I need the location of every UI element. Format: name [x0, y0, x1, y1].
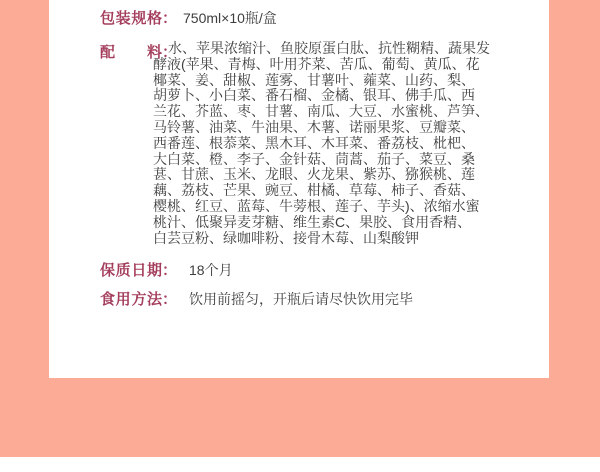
- ingredients-line: 胡萝卜、小白菜、番石榴、金橘、银耳、佛手瓜、西: [153, 88, 538, 104]
- usage-colon: ：: [162, 290, 177, 310]
- usage-row: 食用方法： 饮用前摇匀，开瓶后请尽快饮用完毕: [100, 289, 549, 310]
- product-details-card: 包装规格： 750ml×10瓶/盒 配 料： 水、苹果浓缩汁、鱼胶原蛋白肽、抗性…: [49, 0, 549, 378]
- ingredients-line: 水、苹果浓缩汁、鱼胶原蛋白肽、抗性糊精、蔬果发: [153, 41, 538, 57]
- ingredients-line: 西番莲、根菾菜、黑木耳、木耳菜、番荔枝、枇杷、: [153, 136, 538, 152]
- ingredients-line: 葚、甘蔗、玉米、龙眼、火龙果、紫苏、猕猴桃、莲: [153, 167, 538, 183]
- shelf-life-row: 保质日期： 18个月: [100, 260, 549, 281]
- packaging-spec-row: 包装规格： 750ml×10瓶/盒: [100, 8, 549, 29]
- product-info-panel: 包装规格： 750ml×10瓶/盒 配 料： 水、苹果浓缩汁、鱼胶原蛋白肽、抗性…: [0, 0, 600, 472]
- ingredients-line: 马铃薯、油菜、牛油果、木薯、诺丽果浆、豆瓣菜、: [153, 120, 538, 136]
- ingredients-line: 白芸豆粉、绿咖啡粉、接骨木莓、山梨酸钾: [153, 231, 538, 247]
- packaging-spec-colon: ：: [162, 9, 177, 29]
- ingredients-line: 桃汁、低聚异麦芽糖、维生素C、果胶、食用香精、: [153, 215, 538, 231]
- ingredients-colon: ：: [162, 41, 177, 62]
- ingredients-line: 大白菜、橙、李子、金针菇、茼蒿、茄子、菜豆、桑: [153, 152, 538, 168]
- packaging-spec-label: 包装规格: [100, 9, 162, 29]
- ingredients-label-wrap: 配 料：: [100, 41, 177, 62]
- shelf-life-value: 18个月: [189, 260, 233, 280]
- ingredients-line: 兰花、芥蓝、枣、甘薯、南瓜、大豆、水蜜桃、芦笋、: [153, 104, 538, 120]
- packaging-spec-value: 750ml×10瓶/盒: [183, 8, 277, 28]
- ingredients-line: 椰菜、姜、甜椒、莲雾、甘薯叶、蕹菜、山药、梨、: [153, 73, 538, 89]
- ingredients-line: 藕、荔枝、芒果、豌豆、柑橘、草莓、柿子、香菇、: [153, 183, 538, 199]
- usage-label: 食用方法: [100, 290, 162, 310]
- shelf-life-label: 保质日期: [100, 261, 162, 281]
- ingredients-line: 酵液(苹果、青梅、叶用芥菜、苦瓜、葡萄、黄瓜、花: [153, 57, 538, 73]
- usage-value: 饮用前摇匀，开瓶后请尽快饮用完毕: [189, 289, 413, 309]
- ingredients-label: 配 料: [100, 41, 162, 62]
- ingredients-row: 配 料： 水、苹果浓缩汁、鱼胶原蛋白肽、抗性糊精、蔬果发 酵液(苹果、青梅、叶用…: [100, 41, 549, 246]
- ingredients-text: 水、苹果浓缩汁、鱼胶原蛋白肽、抗性糊精、蔬果发 酵液(苹果、青梅、叶用芥菜、苦瓜…: [153, 41, 538, 246]
- shelf-life-colon: ：: [162, 261, 177, 281]
- ingredients-line: 樱桃、红豆、蓝莓、牛蒡根、莲子、芋头)、浓缩水蜜: [153, 199, 538, 215]
